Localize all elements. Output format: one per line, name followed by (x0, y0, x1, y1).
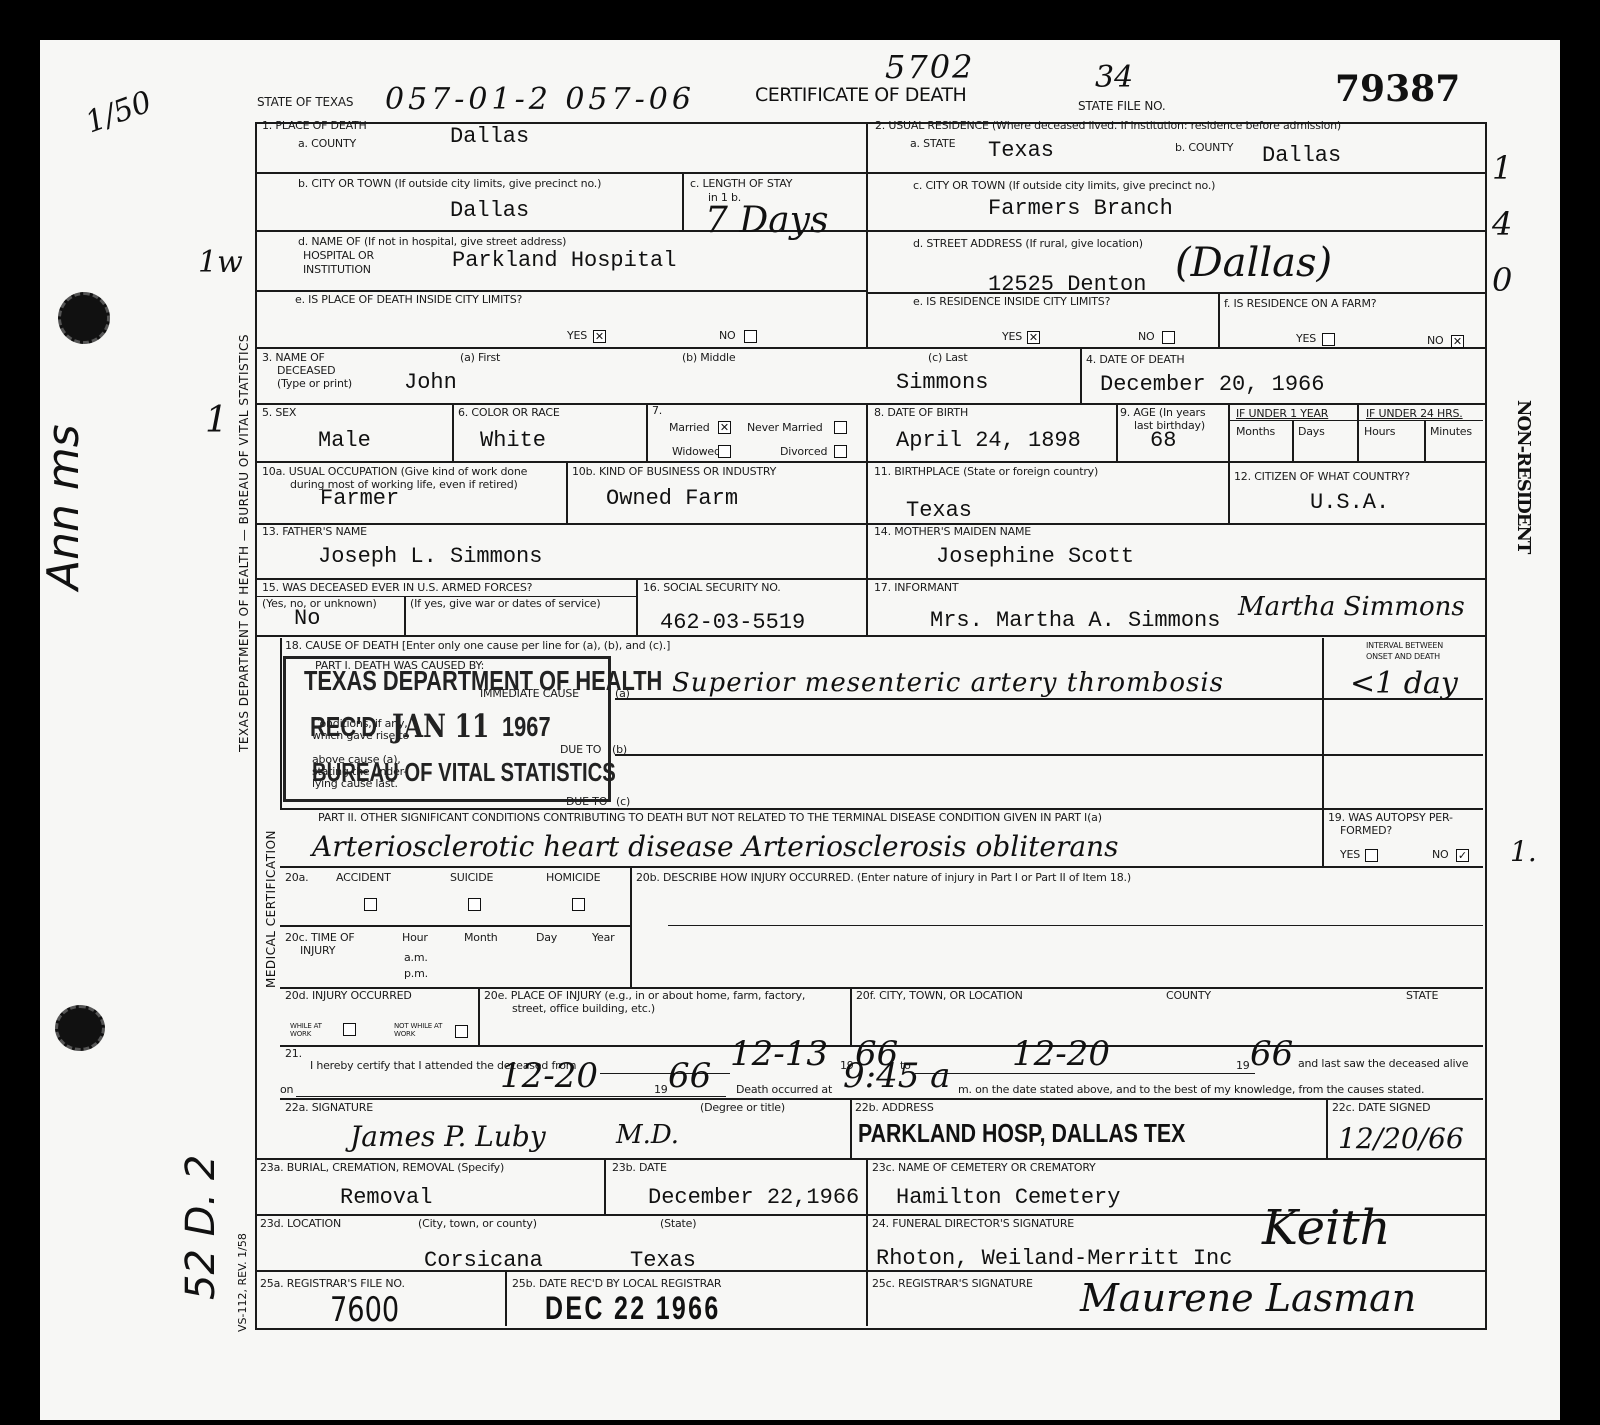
middle-name-label: (b) Middle (682, 352, 735, 364)
item20f-label: 20f. CITY, TOWN, OR LOCATION (856, 990, 1023, 1002)
item21-text-2: and last saw the deceased alive (1298, 1058, 1468, 1070)
last-seen-date: 12-20 (500, 1056, 598, 1096)
item21-num: 21. (285, 1048, 302, 1060)
item23a-label: 23a. BURIAL, CREMATION, REMOVAL (Specify… (260, 1162, 504, 1174)
item15-label: 15. WAS DECEASED EVER IN U.S. ARMED FORC… (262, 582, 532, 594)
item23d-label: 23d. LOCATION (260, 1218, 341, 1230)
burial-state: Texas (630, 1248, 696, 1273)
item16-label: 16. SOCIAL SECURITY NO. (643, 582, 781, 594)
form-number: VS-112, REV. 1/58 (236, 1233, 249, 1332)
disposition-date: December 22,1966 (648, 1185, 859, 1210)
item2f-label: f. IS RESIDENCE ON A FARM? (1224, 298, 1376, 310)
residence-inside-city-yes-checkbox[interactable]: ✕ (1027, 331, 1040, 344)
handwritten-5702: 5702 (885, 48, 974, 86)
item22b-label: 22b. ADDRESS (855, 1102, 934, 1114)
social-security-number: 462-03-5519 (660, 610, 805, 635)
interval-a-value: <1 day (1350, 666, 1458, 701)
homicide-label: HOMICIDE (546, 872, 600, 884)
item2a-label: a. STATE (910, 138, 955, 150)
item1a-label: a. COUNTY (298, 138, 356, 150)
date-signed: 12/20/66 (1338, 1122, 1464, 1155)
residence-inside-city-no-checkbox[interactable] (1162, 331, 1175, 344)
minutes-label: Minutes (1430, 426, 1472, 438)
suicide-label: SUICIDE (450, 872, 493, 884)
death-inside-city-no-checkbox[interactable] (744, 330, 757, 343)
item25a-label: 25a. REGISTRAR'S FILE NO. (260, 1278, 405, 1290)
married-label: Married (669, 422, 710, 434)
item23b-label: 23b. DATE (612, 1162, 667, 1174)
item5-label: 5. SEX (262, 407, 296, 419)
stamp-line-3: BUREAU OF VITAL STATISTICS (312, 757, 616, 788)
item25b-label: 25b. DATE REC'D BY LOCAL REGISTRAR (512, 1278, 721, 1290)
item20c-label-2: INJURY (300, 945, 335, 957)
stamp-date: JAN 11 (392, 707, 489, 745)
registrar-signature: Maurene Lasman (1080, 1276, 1416, 1320)
item3-label-2: DECEASED (277, 365, 335, 377)
widowed-checkbox[interactable] (718, 445, 731, 458)
citizenship-value: U.S.A. (1310, 490, 1389, 515)
handwritten-34: 34 (1095, 60, 1133, 95)
stamp-year: 1967 (502, 711, 551, 743)
item7-label: 7. (652, 405, 662, 417)
degree-label: (Degree or title) (700, 1102, 785, 1114)
residence-farm-no-checkbox[interactable]: ✕ (1451, 335, 1464, 348)
item2e-no-label: NO (1138, 331, 1155, 343)
item14-label: 14. MOTHER'S MAIDEN NAME (874, 526, 1031, 538)
residence-county: Dallas (1262, 143, 1341, 168)
death-inside-city-yes-checkbox[interactable]: ✕ (593, 330, 606, 343)
item2e-label: e. IS RESIDENCE INSIDE CITY LIMITS? (913, 296, 1110, 308)
margin-handwritten-signature: Ann ms (38, 424, 89, 590)
residence-farm-yes-checkbox[interactable] (1322, 333, 1335, 346)
item10b-label: 10b. KIND OF BUSINESS OR INDUSTRY (572, 466, 776, 478)
deceased-last-name: Simmons (896, 370, 988, 395)
item1d-sub2: INSTITUTION (303, 264, 371, 276)
first-name-label: (a) First (460, 352, 500, 364)
disposition-value: Removal (340, 1185, 432, 1210)
item2f-no-label: NO (1427, 335, 1444, 347)
death-time: 9:45 a (843, 1056, 950, 1096)
item2b-label: b. COUNTY (1175, 142, 1233, 154)
non-resident-stamp: NON-RESIDENT (1512, 400, 1534, 590)
residence-city: Farmers Branch (988, 196, 1173, 221)
suicide-checkbox[interactable] (468, 898, 481, 911)
occupation-value: Farmer (320, 486, 399, 511)
attended-to-year: 66 (1250, 1034, 1293, 1074)
sex-value: Male (318, 428, 371, 453)
hours-label: Hours (1364, 426, 1395, 438)
margin-note-140: 1 4 0 (1492, 140, 1512, 308)
item21-text-3: m. on the date stated above, and to the … (958, 1084, 1424, 1096)
handwritten-codes: 057-01-2 057-06 (385, 82, 695, 117)
year-label: Year (592, 932, 615, 944)
cause-b-tag: (b) (612, 744, 627, 756)
month-label: Month (464, 932, 497, 944)
burial-city: Corsicana (424, 1248, 543, 1273)
item2c-label: c. CITY OR TOWN (If outside city limits,… (913, 180, 1215, 192)
stamp-received: REC'D (310, 711, 377, 743)
item23d-state-sub: (State) (660, 1218, 696, 1230)
last-year-prefix: 19 (654, 1084, 668, 1096)
item2d-label: d. STREET ADDRESS (If rural, give locati… (913, 238, 1143, 250)
item2-label: 2. USUAL RESIDENCE (Where deceased lived… (875, 120, 1341, 132)
item23c-label: 23c. NAME OF CEMETERY OR CREMATORY (872, 1162, 1096, 1174)
state-file-label: STATE FILE NO. (1078, 100, 1166, 112)
item2f-yes-label: YES (1296, 333, 1316, 345)
item4-label: 4. DATE OF DEATH (1086, 354, 1184, 366)
registrar-file-number: 7600 (330, 1290, 399, 1330)
while-at-work-checkbox[interactable] (343, 1023, 356, 1036)
autopsy-no-label: NO (1432, 849, 1449, 861)
item20a-label: 20a. (285, 872, 308, 884)
hospital-name: Parkland Hospital (452, 248, 676, 273)
item15-sub2: (If yes, give war or dates of service) (410, 598, 600, 610)
not-while-at-work-checkbox[interactable] (455, 1025, 468, 1038)
months-label: Months (1236, 426, 1275, 438)
not-while-at-work-label: NOT WHILE AT WORK (394, 1022, 450, 1038)
item6-label: 6. COLOR OR RACE (458, 407, 560, 419)
item1e-no-label: NO (719, 330, 736, 342)
mother-maiden-name: Josephine Scott (936, 544, 1134, 569)
margin-note-right-1: 1. (1510, 835, 1537, 868)
autopsy-yes-label: YES (1340, 849, 1360, 861)
item19-label-2: FORMED? (1340, 825, 1392, 837)
margin-note-1: 1 (205, 400, 228, 441)
age-value: 68 (1150, 428, 1176, 453)
item1-label: 1. PLACE OF DEATH (262, 120, 367, 132)
physician-address: PARKLAND HOSP, DALLAS TEX (858, 1118, 1185, 1149)
item25c-label: 25c. REGISTRAR'S SIGNATURE (872, 1278, 1033, 1290)
divorced-label: Divorced (780, 446, 827, 458)
under-1-year-label: IF UNDER 1 YEAR (1236, 408, 1328, 420)
cause-c-tag: (c) (616, 796, 630, 808)
item11-label: 11. BIRTHPLACE (State or foreign country… (874, 466, 1098, 478)
item20d-label: 20d. INJURY OCCURRED (285, 990, 412, 1002)
item20b-label: 20b. DESCRIBE HOW INJURY OCCURRED. (Ente… (636, 872, 1131, 884)
date-received-stamp: DEC 22 1966 (545, 1290, 721, 1327)
length-of-stay: 7 Days (705, 200, 829, 241)
street-handwritten-dallas: (Dallas) (1175, 240, 1332, 286)
item1d-sub1: HOSPITAL OR (303, 250, 374, 262)
item20f-state-label: STATE (1406, 990, 1438, 1002)
divorced-checkbox[interactable] (834, 445, 847, 458)
accident-label: ACCIDENT (336, 872, 391, 884)
item18-label: 18. CAUSE OF DEATH [Enter only one cause… (285, 640, 670, 652)
attended-to-date: 12-20 (1012, 1034, 1110, 1074)
item8-label: 8. DATE OF BIRTH (874, 407, 968, 419)
death-occurred-label: Death occurred at (736, 1084, 832, 1096)
item1b-label: b. CITY OR TOWN (If outside city limits,… (298, 178, 601, 190)
item9-label-1: 9. AGE (In years (1120, 407, 1205, 419)
never-married-checkbox[interactable] (834, 421, 847, 434)
item1d-label: d. NAME OF (If not in hospital, give str… (298, 236, 566, 248)
margin-note-1w: 1w (198, 245, 243, 280)
item23d-city-sub: (City, town, or county) (418, 1218, 537, 1230)
day-label: Day (536, 932, 557, 944)
item1c-label: c. LENGTH OF STAY (690, 178, 792, 190)
item24-label: 24. FUNERAL DIRECTOR'S SIGNATURE (872, 1218, 1074, 1230)
item19-label-1: 19. WAS AUTOPSY PER- (1328, 812, 1453, 824)
date-of-birth: April 24, 1898 (896, 428, 1081, 453)
item17-label: 17. INFORMANT (874, 582, 958, 594)
residence-state: Texas (988, 138, 1054, 163)
state-of-texas-label: STATE OF TEXAS (257, 96, 353, 108)
part2-value: Arteriosclerotic heart disease Arteriosc… (312, 830, 1118, 863)
while-at-work-label: WHILE AT WORK (290, 1022, 340, 1038)
item10a-label-1: 10a. USUAL OCCUPATION (Give kind of work… (262, 466, 527, 478)
pm-label: p.m. (404, 968, 428, 980)
never-married-label: Never Married (747, 422, 823, 434)
married-checkbox[interactable]: ✕ (718, 421, 731, 434)
father-name: Joseph L. Simmons (318, 544, 542, 569)
funeral-director-signature: Keith (1262, 1200, 1391, 1256)
widowed-label: Widowed (672, 446, 721, 458)
under-24-hrs-label: IF UNDER 24 HRS. (1366, 408, 1463, 420)
autopsy-yes-checkbox[interactable] (1365, 849, 1378, 862)
autopsy-no-checkbox[interactable]: ✓ (1456, 849, 1469, 862)
last-seen-year: 66 (668, 1056, 711, 1096)
armed-forces-value: No (294, 606, 320, 631)
funeral-director: Rhoton, Weiland-Merritt Inc (876, 1246, 1232, 1271)
place-of-death-county: Dallas (450, 124, 529, 149)
item1e-yes-label: YES (567, 330, 587, 342)
interval-label-2: ONSET AND DEATH (1366, 651, 1440, 663)
item3-label-1: 3. NAME OF (262, 352, 325, 364)
stamp-line-1: TEXAS DEPARTMENT OF HEALTH (304, 665, 662, 697)
accident-checkbox[interactable] (364, 898, 377, 911)
informant-name: Mrs. Martha A. Simmons (930, 608, 1220, 633)
cemetery-name: Hamilton Cemetery (896, 1185, 1120, 1210)
item20e-label-2: street, office building, etc.) (512, 1003, 655, 1015)
item22a-label: 22a. SIGNATURE (285, 1102, 373, 1114)
am-label: a.m. (404, 952, 428, 964)
on-label: on (280, 1084, 293, 1096)
punch-hole-bottom (55, 1005, 105, 1051)
homicide-checkbox[interactable] (572, 898, 585, 911)
hour-label: Hour (402, 932, 428, 944)
item12-label: 12. CITIZEN OF WHAT COUNTRY? (1234, 471, 1410, 483)
item2e-yes-label: YES (1002, 331, 1022, 343)
received-stamp: TEXAS DEPARTMENT OF HEALTH REC'D JAN 11 … (283, 656, 611, 802)
certificate-title: CERTIFICATE OF DEATH (755, 84, 966, 106)
punch-hole-top (58, 292, 110, 344)
item13-label: 13. FATHER'S NAME (262, 526, 367, 538)
race-value: White (480, 428, 546, 453)
deceased-first-name: John (404, 370, 457, 395)
item20c-label-1: 20c. TIME OF (285, 932, 355, 944)
item20e-label-1: 20e. PLACE OF INJURY (e.g., in or about … (484, 990, 805, 1002)
part2-label: PART II. OTHER SIGNIFICANT CONDITIONS CO… (318, 812, 1102, 824)
margin-note-52d2: 52 D. 2 (178, 1155, 224, 1300)
item22c-label: 22c. DATE SIGNED (1332, 1102, 1430, 1114)
days-label: Days (1298, 426, 1325, 438)
birthplace-value: Texas (906, 498, 972, 523)
business-value: Owned Farm (606, 486, 738, 511)
place-of-death-city: Dallas (450, 198, 529, 223)
to-year-prefix: 19 (1236, 1060, 1250, 1072)
date-of-death: December 20, 1966 (1100, 372, 1324, 397)
item20f-county-label: COUNTY (1166, 990, 1211, 1002)
physician-signature: James P. Luby (350, 1120, 546, 1153)
informant-signature: Martha Simmons (1238, 592, 1465, 622)
attended-from-date: 12-13 (730, 1034, 828, 1074)
last-name-label: (c) Last (928, 352, 967, 364)
state-file-number: 79387 (1335, 68, 1460, 110)
item3-label-3: (Type or print) (277, 378, 352, 390)
margin-department-label: TEXAS DEPARTMENT OF HEALTH — BUREAU OF V… (237, 334, 251, 752)
item1e-label: e. IS PLACE OF DEATH INSIDE CITY LIMITS? (295, 294, 522, 306)
physician-degree: M.D. (616, 1120, 679, 1150)
cause-a-value: Superior mesenteric artery thrombosis (672, 668, 1224, 698)
